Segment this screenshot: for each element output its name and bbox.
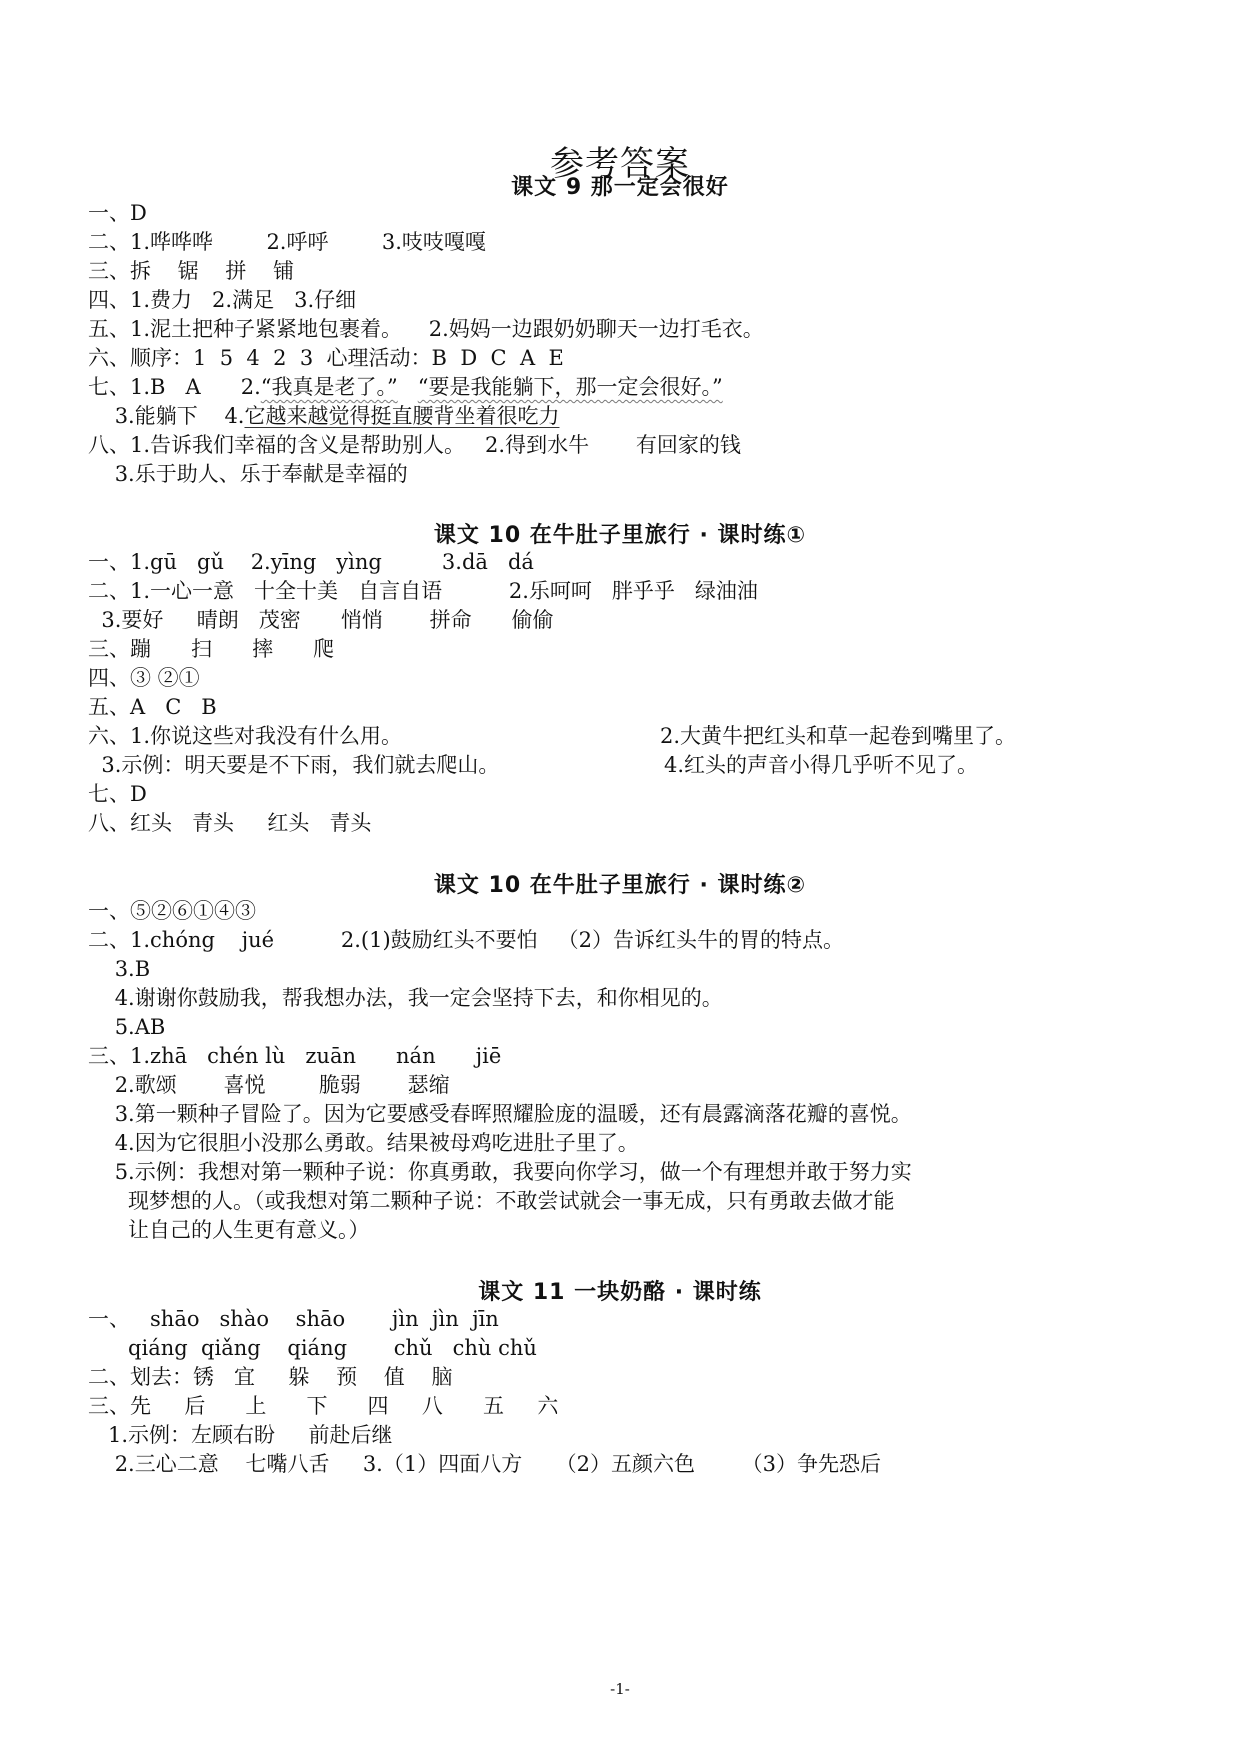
spacer (398, 375, 418, 399)
answer-line-underlined: 3.能躺下 4.它越来越觉得挺直腰背坐着很吃力 (88, 402, 559, 430)
wavy-underlined-quote: “我真是老了。” (261, 375, 398, 399)
solid-underlined-answer: 它越来越觉得挺直腰背坐着很吃力 (244, 404, 559, 428)
answer-line: 5.示例：我想对第一颗种子说：你真勇敢，我要向你学习，做一个有理想并敢于努力实 (88, 1158, 912, 1186)
section-heading: 课文 10 在牛肚子里旅行 · 课时练① (0, 518, 1240, 549)
wavy-underlined-quote: “要是我能躺下，那一定会很好。” (418, 375, 723, 399)
answer-line: 4.红头的声音小得几乎听不见了。 (664, 751, 978, 779)
answer-line: 二、1.哗哗哗 2.呼呼 3.吱吱嘎嘎 (88, 228, 486, 256)
answer-prefix: 3.能躺下 4. (88, 404, 244, 428)
answer-line: 4.谢谢你鼓励我，帮我想办法，我一定会坚持下去，和你相见的。 (88, 984, 723, 1012)
answer-line: 四、1.费力 2.满足 3.仔细 (88, 286, 356, 314)
section-heading: 课文 10 在牛肚子里旅行 · 课时练② (0, 868, 1240, 899)
answer-line: 三、先 后 上 下 四 八 五 六 (88, 1392, 558, 1420)
answer-line: 六、1.你说这些对我没有什么用。 (88, 722, 402, 750)
answer-line: 二、划去：锈 宜 躲 预 值 脑 (88, 1363, 453, 1391)
answer-line: 3.B (88, 955, 150, 983)
answer-line: 5.AB (88, 1013, 165, 1041)
answer-line-underlined: 七、1.B A 2.“我真是老了。” “要是我能躺下，那一定会很好。” (88, 373, 723, 401)
answer-line: 八、红头 青头 红头 青头 (88, 809, 371, 837)
answer-line: 五、1.泥土把种子紧紧地包裹着。 2.妈妈一边跟奶奶聊天一边打毛衣。 (88, 315, 764, 343)
answer-line: 2.歌颂 喜悦 脆弱 瑟缩 (88, 1071, 450, 1099)
section-heading: 课文 9 那一定会很好 (0, 170, 1240, 201)
answer-line: 七、D (88, 780, 147, 808)
answer-line: 五、A C B (88, 693, 217, 721)
section-heading: 课文 11 一块奶酪 · 课时练 (0, 1275, 1240, 1306)
answer-line: 现梦想的人。（或我想对第二颗种子说：不敢尝试就会一事无成，只有勇敢去做才能 (88, 1187, 895, 1215)
answer-line: 让自己的人生更有意义。） (88, 1216, 370, 1244)
answer-line: 一、 shāo shào shāo jìn jìn jīn (88, 1305, 499, 1333)
answer-line: 一、D (88, 199, 147, 227)
answer-line: 3.乐于助人、乐于奉献是幸福的 (88, 460, 408, 488)
answer-line: 2.大黄牛把红头和草一起卷到嘴里了。 (660, 722, 1016, 750)
answer-line: 4.因为它很胆小没那么勇敢。结果被母鸡吃进肚子里了。 (88, 1129, 639, 1157)
answer-line: 3.第一颗种子冒险了。因为它要感受春晖照耀脸庞的温暖，还有晨露滴落花瓣的喜悦。 (88, 1100, 912, 1128)
answer-prefix: 七、1.B A 2. (88, 375, 261, 399)
page-number: -1- (0, 1680, 1240, 1698)
answer-line: 二、1.一心一意 十全十美 自言自语 2.乐呵呵 胖乎乎 绿油油 (88, 577, 758, 605)
answer-line: 八、1.告诉我们幸福的含义是帮助别人。 2.得到水牛 有回家的钱 (88, 431, 741, 459)
answer-line: 一、⑤②⑥①④③ (88, 897, 256, 925)
answer-line: 三、蹦 扫 摔 爬 (88, 635, 334, 663)
answer-line: 一、1.gū gǔ 2.yīng yìng 3.dā dá (88, 548, 534, 576)
answer-line: 1.示例：左顾右盼 前赴后继 (88, 1421, 392, 1449)
answer-line: qiáng qiǎng qiáng chǔ chù chǔ (88, 1334, 537, 1362)
answer-line: 三、1.zhā chén lù zuān nán jiē (88, 1042, 501, 1070)
answer-line: 2.三心二意 七嘴八舌 3.（1）四面八方 （2）五颜六色 （3）争先恐后 (88, 1450, 881, 1478)
answer-line: 3.要好 晴朗 茂密 悄悄 拼命 偷偷 (88, 606, 554, 634)
answer-line: 二、1.chóng jué 2.(1)鼓励红头不要怕 （2）告诉红头牛的胃的特点… (88, 926, 844, 954)
answer-line: 3.示例：明天要是不下雨，我们就去爬山。 (88, 751, 499, 779)
answer-line: 六、顺序：1 5 4 2 3 心理活动：B D C A E (88, 344, 564, 372)
answer-line: 三、拆 锯 拼 铺 (88, 257, 294, 285)
answer-line: 四、③ ②① (88, 664, 200, 692)
